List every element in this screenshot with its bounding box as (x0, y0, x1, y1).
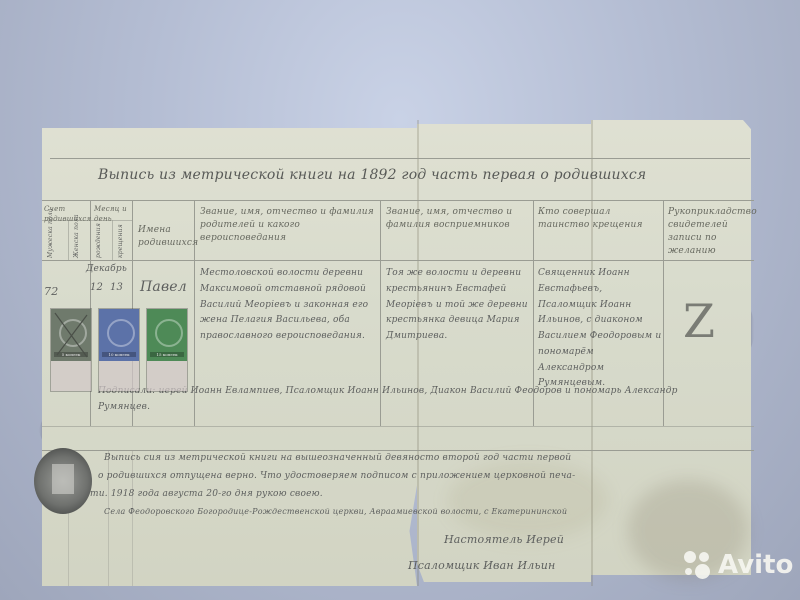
church-seal (34, 448, 92, 514)
subcol-header-male: Мужеска пола (48, 224, 54, 258)
header-bottom-rule (42, 260, 754, 261)
col-header-names: Имена родившихся (138, 224, 190, 250)
col-header-witnesses: Рукоприкладство свидетелей записи по жел… (668, 206, 752, 258)
entry-officiant: Священник Иоанн Евстафьевъ, Псаломщик Ио… (538, 266, 662, 392)
revenue-stamp: 15 копеек (146, 308, 188, 392)
col-header-date: Месяц и день (94, 204, 132, 224)
subcol-divider (68, 220, 69, 260)
entry-parents: Местоловской волости деревни Максимовой … (200, 266, 378, 345)
entry-bottom-rule (42, 426, 754, 427)
col-header-officiant: Кто совершал таинство крещения (538, 206, 660, 232)
subcol-header-female: Женска пола (74, 224, 80, 258)
entry-signature-line: Подписали: иерей Иоанн Евлампиев, Псалом… (98, 384, 698, 416)
eagle-emblem-icon (155, 319, 183, 347)
col-header-parents: Звание, имя, отчество и фамилия родителе… (200, 206, 376, 245)
certification-line-3: ти. 1918 года августа 20-го дня рукою св… (90, 490, 490, 499)
fold-line (417, 120, 419, 586)
avito-wordmark: Avito (718, 550, 793, 580)
document-photo: Выпись из метрической книги на 1892 год … (28, 120, 776, 586)
certification-line-4: Села Феодоровского Богородице-Рождествен… (104, 508, 754, 516)
col-header-godparents: Звание, имя, отчество и фамилия восприем… (386, 206, 530, 232)
revenue-stamp: 10 копеек (98, 308, 140, 392)
avito-logo-icon (684, 551, 712, 579)
subcol-header-baptism: крещения (118, 224, 124, 258)
entry-baptism-day: 13 (110, 283, 123, 293)
eagle-emblem-icon (107, 319, 135, 347)
top-rule (50, 158, 750, 159)
entry-month: Декабрь (86, 265, 127, 274)
entry-child-name: Павел (140, 280, 187, 294)
certification-line-2: о родившихся отпущена верно. Что удостов… (98, 472, 748, 481)
revenue-stamp: 5 копеек (50, 308, 92, 392)
stamp-value: 15 копеек (150, 352, 184, 357)
signature-psalmist: Псаломщик Иван Ильин (408, 560, 555, 571)
subcol-header-birth: рождения (96, 224, 102, 258)
certification-line-1: Выпись сия из метрической книги на вышео… (104, 454, 744, 463)
document-title: Выпись из метрической книги на 1892 год … (98, 168, 646, 182)
chapel-icon (52, 464, 74, 494)
header-top-rule (42, 200, 754, 201)
signature-rector: Настоятель Иерей (444, 534, 564, 545)
stamp-value: 10 копеек (102, 352, 136, 357)
witness-mark: Z (683, 298, 715, 344)
entry-number: 72 (44, 286, 58, 297)
entry-godparents: Тоя же волости и деревни крестьянинъ Евс… (386, 266, 532, 345)
subcol-divider (112, 220, 113, 260)
avito-watermark: Avito (684, 550, 793, 580)
certification-top-rule (42, 450, 754, 451)
entry-birth-day: 12 (90, 283, 103, 293)
cancel-mark-icon (51, 309, 91, 361)
